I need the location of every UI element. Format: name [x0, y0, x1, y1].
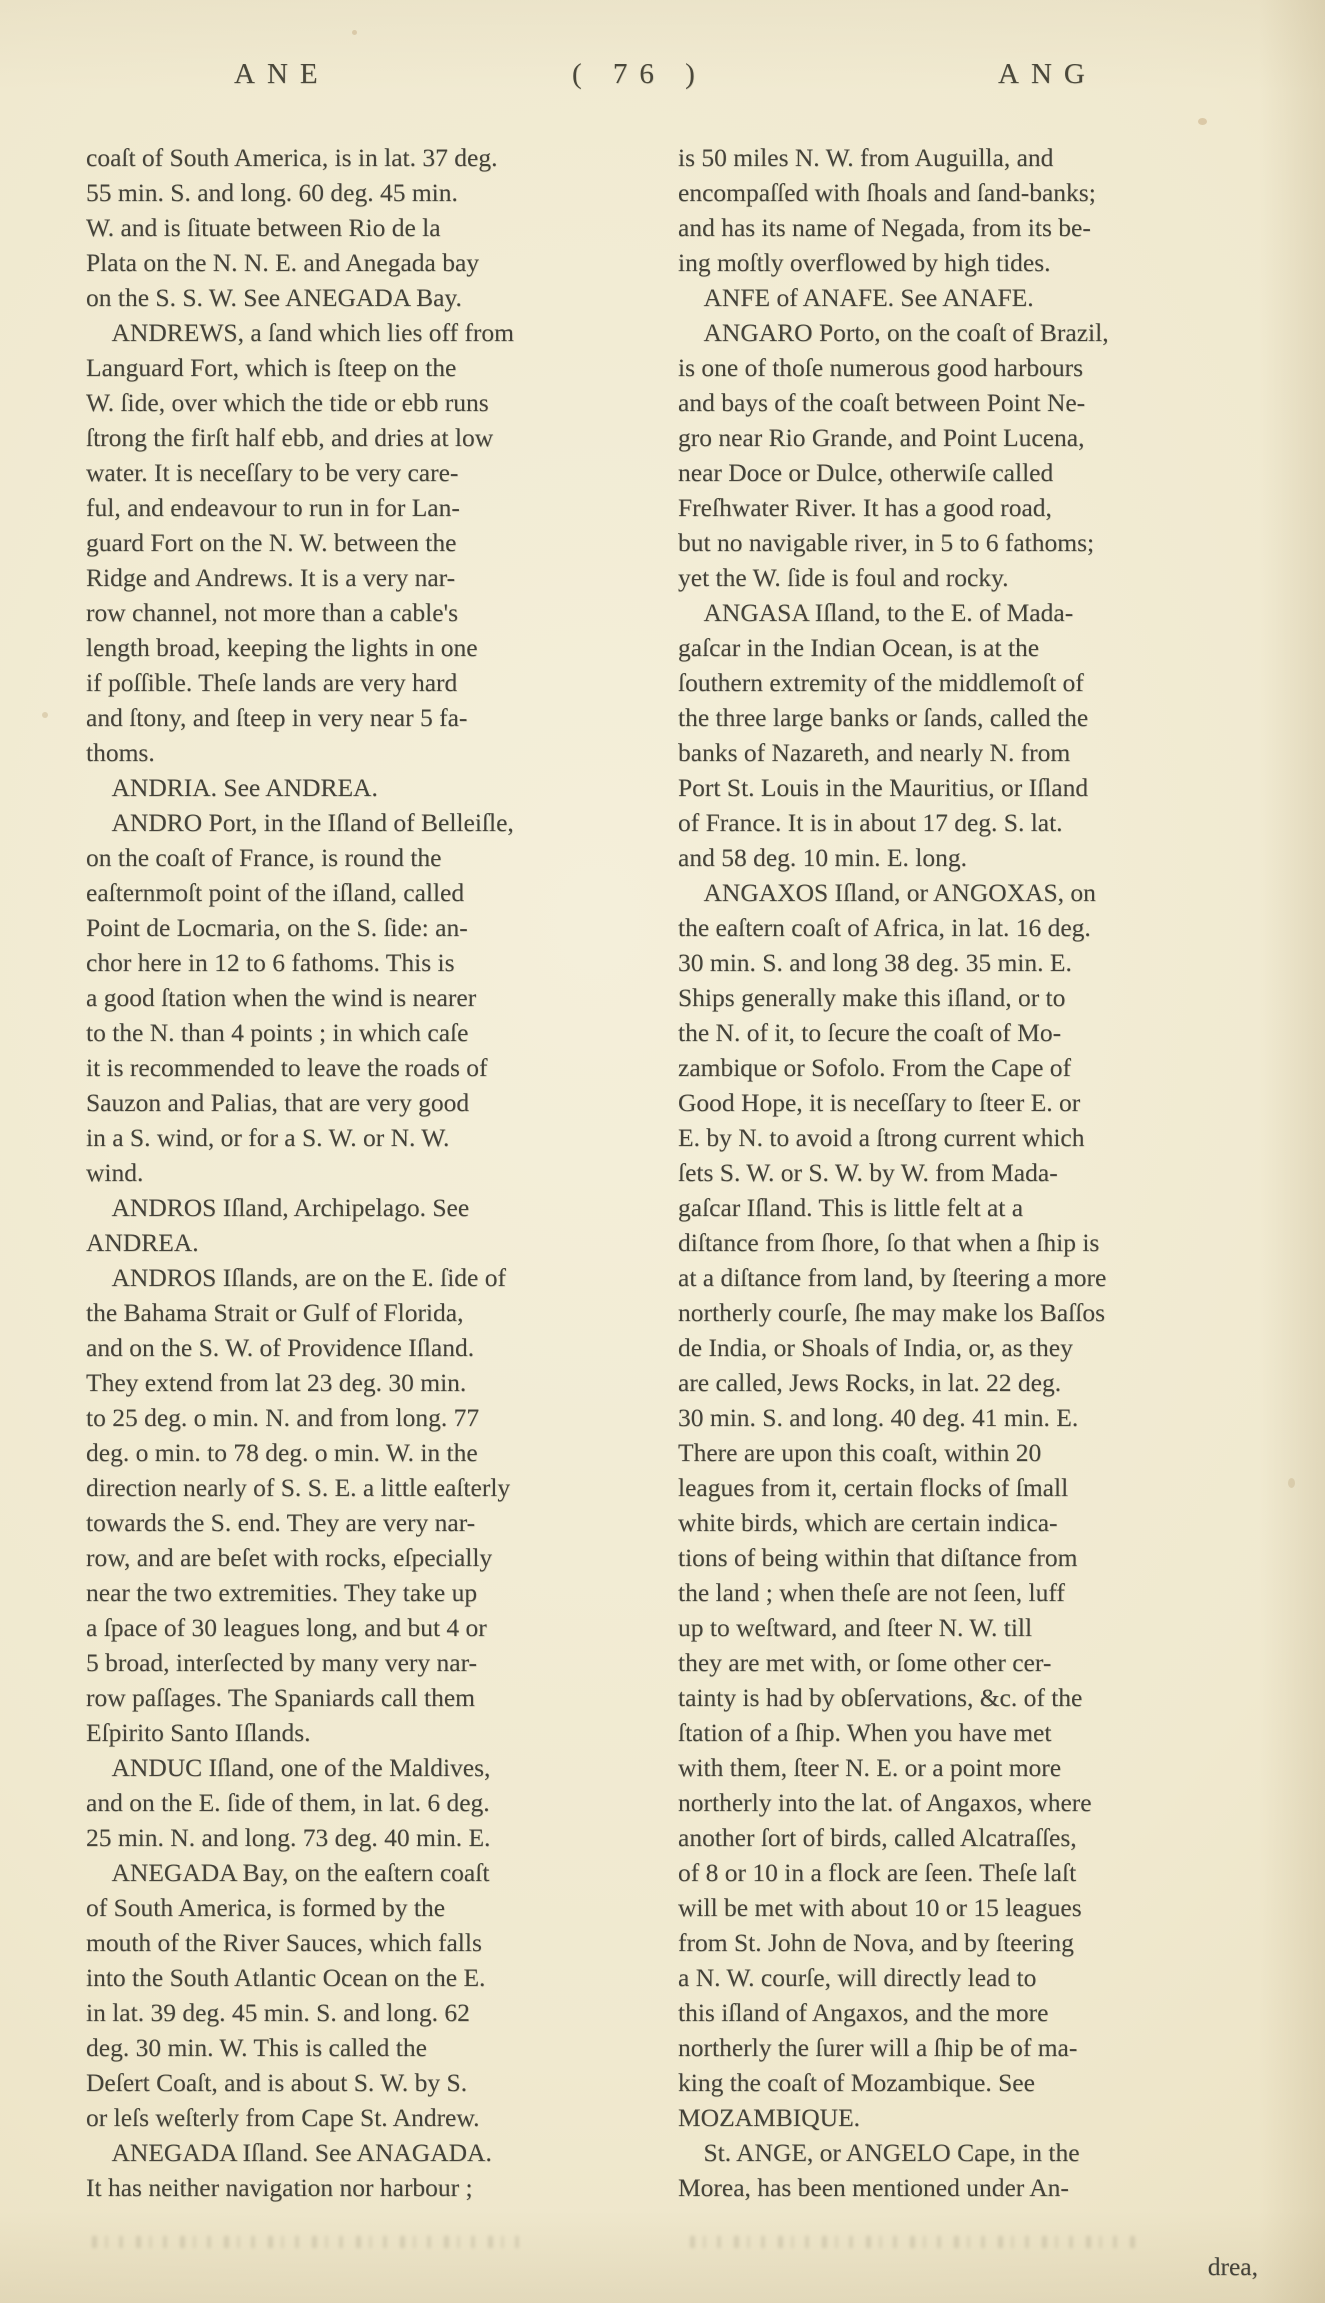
- text-line: There are upon this coaſt, within 20: [678, 1435, 1244, 1470]
- text-line: mouth of the River Sauces, which falls: [86, 1925, 650, 1960]
- text-line: of France. It is in about 17 deg. S. lat…: [678, 805, 1244, 840]
- text-line: it is recommended to leave the roads of: [86, 1050, 650, 1085]
- text-line: ſouthern extremity of the middlemoſt of: [678, 665, 1244, 700]
- text-line: in lat. 39 deg. 45 min. S. and long. 62: [86, 1995, 650, 2030]
- text-line: Point de Locmaria, on the S. ſide: an-: [86, 910, 650, 945]
- text-line: diſtance from ſhore, ſo that when a ſhip…: [678, 1225, 1244, 1260]
- text-line: ing moſtly overflowed by high tides.: [678, 245, 1244, 280]
- text-line: de India, or Shoals of India, or, as the…: [678, 1330, 1244, 1365]
- text-line: and 58 deg. 10 min. E. long.: [678, 840, 1244, 875]
- text-line: ANDRO Port, in the Iſland of Belleiſle,: [86, 805, 650, 840]
- text-line: at a diſtance from land, by ſteering a m…: [678, 1260, 1244, 1295]
- text-line: ANGAXOS Iſland, or ANGOXAS, on: [678, 875, 1244, 910]
- text-line: with them, ſteer N. E. or a point more: [678, 1750, 1244, 1785]
- text-line: Morea, has been mentioned under An-: [678, 2170, 1244, 2205]
- text-line: and bays of the coaſt between Point Ne-: [678, 385, 1244, 420]
- text-line: ANGARO Porto, on the coaſt of Brazil,: [678, 315, 1244, 350]
- text-line: coaſt of South America, is in lat. 37 de…: [86, 140, 650, 175]
- text-line: ANGASA Iſland, to the E. of Mada-: [678, 595, 1244, 630]
- text-line: tainty is had by obſervations, &c. of th…: [678, 1680, 1244, 1715]
- text-line: to the N. than 4 points ; in which caſe: [86, 1015, 650, 1050]
- text-line: the land ; when theſe are not ſeen, luff: [678, 1575, 1244, 1610]
- text-line: ANDRIA. See ANDREA.: [86, 770, 650, 805]
- text-line: W. ſide, over which the tide or ebb runs: [86, 385, 650, 420]
- text-line: on the coaſt of France, is round the: [86, 840, 650, 875]
- text-line: king the coaſt of Mozambique. See: [678, 2065, 1244, 2100]
- catchword: drea,: [678, 2252, 1258, 2282]
- text-line: is one of thoſe numerous good harbours: [678, 350, 1244, 385]
- paper-stain: [1198, 118, 1207, 125]
- text-line: up to weſtward, and ſteer N. W. till: [678, 1610, 1244, 1645]
- text-line: St. ANGE, or ANGELO Cape, in the: [678, 2135, 1244, 2170]
- paper-stain: [42, 712, 48, 718]
- page-number: ( 76 ): [572, 58, 707, 91]
- text-line: on the S. S. W. See ANEGADA Bay.: [86, 280, 650, 315]
- text-line: ſets S. W. or S. W. by W. from Mada-: [678, 1155, 1244, 1190]
- text-line: Good Hope, it is neceſſary to ſteer E. o…: [678, 1085, 1244, 1120]
- book-page: ANE ( 76 ) ANG coaſt of South America, i…: [0, 0, 1325, 2303]
- text-line: the three large banks or ſands, called t…: [678, 700, 1244, 735]
- text-line: towards the S. end. They are very nar-: [86, 1505, 650, 1540]
- text-line: northerly into the lat. of Angaxos, wher…: [678, 1785, 1244, 1820]
- text-line: white birds, which are certain indica-: [678, 1505, 1244, 1540]
- text-line: 55 min. S. and long. 60 deg. 45 min.: [86, 175, 650, 210]
- text-line: encompaſſed with ſhoals and ſand-banks;: [678, 175, 1244, 210]
- text-line: direction nearly of S. S. E. a little ea…: [86, 1470, 650, 1505]
- text-line: near Doce or Dulce, otherwiſe called: [678, 455, 1244, 490]
- text-line: Deſert Coaſt, and is about S. W. by S.: [86, 2065, 650, 2100]
- running-head-right: ANG: [998, 58, 1097, 91]
- text-line: ANEGADA Iſland. See ANAGADA.: [86, 2135, 650, 2170]
- text-line: is 50 miles N. W. from Auguilla, and: [678, 140, 1244, 175]
- text-line: W. and is ſituate between Rio de la: [86, 210, 650, 245]
- text-line: length broad, keeping the lights in one: [86, 630, 650, 665]
- text-line: or leſs weſterly from Cape St. Andrew.: [86, 2100, 650, 2135]
- text-line: but no navigable river, in 5 to 6 fathom…: [678, 525, 1244, 560]
- text-line: deg. 30 min. W. This is called the: [86, 2030, 650, 2065]
- ink-smudge: [92, 2236, 532, 2248]
- text-line: Freſhwater River. It has a good road,: [678, 490, 1244, 525]
- text-line: thoms.: [86, 735, 650, 770]
- text-line: a ſpace of 30 leagues long, and but 4 or: [86, 1610, 650, 1645]
- text-line: and on the S. W. of Providence Iſland.: [86, 1330, 650, 1365]
- text-line: 30 min. S. and long. 40 deg. 41 min. E.: [678, 1400, 1244, 1435]
- text-line: from St. John de Nova, and by ſteering: [678, 1925, 1244, 1960]
- text-line: E. by N. to avoid a ſtrong current which: [678, 1120, 1244, 1155]
- text-line: are called, Jews Rocks, in lat. 22 deg.: [678, 1365, 1244, 1400]
- text-line: will be met with about 10 or 15 leagues: [678, 1890, 1244, 1925]
- text-line: eaſternmoſt point of the iſland, called: [86, 875, 650, 910]
- text-line: It has neither navigation nor harbour ;: [86, 2170, 650, 2205]
- text-line: 30 min. S. and long 38 deg. 35 min. E.: [678, 945, 1244, 980]
- paper-stain: [1288, 1478, 1295, 1488]
- text-line: Languard Fort, which is ſteep on the: [86, 350, 650, 385]
- text-line: the Bahama Strait or Gulf of Florida,: [86, 1295, 650, 1330]
- text-line: ful, and endeavour to run in for Lan-: [86, 490, 650, 525]
- text-line: another ſort of birds, called Alcatraſſe…: [678, 1820, 1244, 1855]
- text-line: of South America, is formed by the: [86, 1890, 650, 1925]
- text-line: ANDUC Iſland, one of the Maldives,: [86, 1750, 650, 1785]
- text-line: row paſſages. The Spaniards call them: [86, 1680, 650, 1715]
- text-line: Ships generally make this iſland, or to: [678, 980, 1244, 1015]
- text-line: gaſcar Iſland. This is little felt at a: [678, 1190, 1244, 1225]
- text-line: zambique or Sofolo. From the Cape of: [678, 1050, 1244, 1085]
- text-line: Port St. Louis in the Mauritius, or Iſla…: [678, 770, 1244, 805]
- text-line: Eſpirito Santo Iſlands.: [86, 1715, 650, 1750]
- text-line: near the two extremities. They take up: [86, 1575, 650, 1610]
- text-line: if poſſible. Theſe lands are very hard: [86, 665, 650, 700]
- text-line: this iſland of Angaxos, and the more: [678, 1995, 1244, 2030]
- text-line: in a S. wind, or for a S. W. or N. W.: [86, 1120, 650, 1155]
- text-line: ſtation of a ſhip. When you have met: [678, 1715, 1244, 1750]
- text-line: ANDREWS, a ſand which lies off from: [86, 315, 650, 350]
- text-line: and ſtony, and ſteep in very near 5 fa-: [86, 700, 650, 735]
- text-line: MOZAMBIQUE.: [678, 2100, 1244, 2135]
- running-head-left: ANE: [234, 58, 330, 91]
- text-line: guard Fort on the N. W. between the: [86, 525, 650, 560]
- text-line: banks of Nazareth, and nearly N. from: [678, 735, 1244, 770]
- text-line: ſtrong the firſt half ebb, and dries at …: [86, 420, 650, 455]
- text-line: into the South Atlantic Ocean on the E.: [86, 1960, 650, 1995]
- text-line: northerly the ſurer will a ſhip be of ma…: [678, 2030, 1244, 2065]
- text-line: tions of being within that diſtance from: [678, 1540, 1244, 1575]
- text-line: 25 min. N. and long. 73 deg. 40 min. E.: [86, 1820, 650, 1855]
- text-line: row, and are beſet with rocks, eſpeciall…: [86, 1540, 650, 1575]
- text-line: deg. o min. to 78 deg. o min. W. in the: [86, 1435, 650, 1470]
- text-line: and on the E. ſide of them, in lat. 6 de…: [86, 1785, 650, 1820]
- text-line: and has its name of Negada, from its be-: [678, 210, 1244, 245]
- text-line: Ridge and Andrews. It is a very nar-: [86, 560, 650, 595]
- text-line: yet the W. ſide is foul and rocky.: [678, 560, 1244, 595]
- text-line: of 8 or 10 in a flock are ſeen. Theſe la…: [678, 1855, 1244, 1890]
- text-line: gro near Rio Grande, and Point Lucena,: [678, 420, 1244, 455]
- paper-stain: [352, 30, 357, 35]
- text-line: Sauzon and Palias, that are very good: [86, 1085, 650, 1120]
- text-line: a good ſtation when the wind is nearer: [86, 980, 650, 1015]
- text-column-right: is 50 miles N. W. from Auguilla, andenco…: [678, 140, 1244, 2205]
- text-line: 5 broad, interſected by many very nar-: [86, 1645, 650, 1680]
- text-line: the eaſtern coaſt of Africa, in lat. 16 …: [678, 910, 1244, 945]
- ink-smudge: [690, 2236, 1140, 2248]
- text-line: they are met with, or ſome other cer-: [678, 1645, 1244, 1680]
- text-line: to 25 deg. o min. N. and from long. 77: [86, 1400, 650, 1435]
- text-line: water. It is neceſſary to be very care-: [86, 455, 650, 490]
- text-line: Plata on the N. N. E. and Anegada bay: [86, 245, 650, 280]
- text-line: northerly courſe, ſhe may make los Baſſo…: [678, 1295, 1244, 1330]
- text-line: They extend from lat 23 deg. 30 min.: [86, 1365, 650, 1400]
- text-line: a N. W. courſe, will directly lead to: [678, 1960, 1244, 1995]
- text-line: ANDREA.: [86, 1225, 650, 1260]
- text-line: ANFE of ANAFE. See ANAFE.: [678, 280, 1244, 315]
- text-line: wind.: [86, 1155, 650, 1190]
- text-line: ANEGADA Bay, on the eaſtern coaſt: [86, 1855, 650, 1890]
- text-line: gaſcar in the Indian Ocean, is at the: [678, 630, 1244, 665]
- text-line: row channel, not more than a cable's: [86, 595, 650, 630]
- text-line: leagues from it, certain flocks of ſmall: [678, 1470, 1244, 1505]
- text-line: chor here in 12 to 6 fathoms. This is: [86, 945, 650, 980]
- text-line: the N. of it, to ſecure the coaſt of Mo-: [678, 1015, 1244, 1050]
- text-line: ANDROS Iſlands, are on the E. ſide of: [86, 1260, 650, 1295]
- text-column-left: coaſt of South America, is in lat. 37 de…: [86, 140, 650, 2205]
- text-line: ANDROS Iſland, Archipelago. See: [86, 1190, 650, 1225]
